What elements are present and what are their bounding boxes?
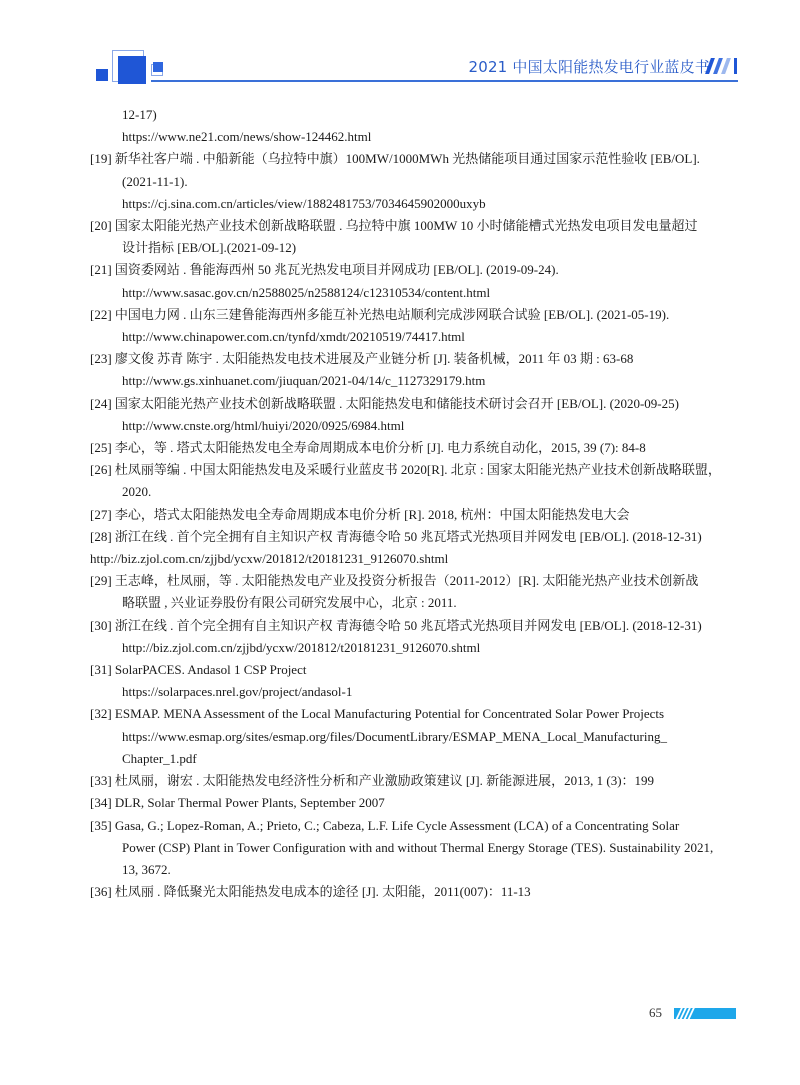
reference-item: [30] 浙江在线 . 首个完全拥有自主知识产权 青海德令哈 50 兆瓦塔式光热… [122, 615, 740, 659]
reference-text: 国家太阳能光热产业技术创新战略联盟 . 太阳能热发电和储能技术研讨会召开 [EB… [115, 396, 679, 411]
reference-number: [33] [90, 773, 112, 788]
reference-text: 国家太阳能光热产业技术创新战略联盟 . 乌拉特中旗 100MW 10 小时储能槽… [115, 218, 698, 233]
reference-text: 略联盟 , 兴业证券股份有限公司研究发展中心，北京 : 2011. [122, 592, 740, 614]
reference-item: [25] 李心，等 . 塔式太阳能热发电全寿命周期成本电价分析 [J]. 电力系… [122, 437, 740, 459]
page-header: 2021 中国太阳能热发电行业蓝皮书 [0, 0, 800, 100]
reference-text: 廖文俊 苏青 陈宇 . 太阳能热发电技术进展及产业链分析 [J]. 装备机械，2… [115, 351, 633, 366]
reference-number: [29] [90, 573, 112, 588]
reference-text: DLR, Solar Thermal Power Plants, Septemb… [115, 795, 385, 810]
stripes-icon [706, 58, 740, 76]
reference-item: [34] DLR, Solar Thermal Power Plants, Se… [122, 792, 740, 814]
reference-item: [21] 国资委网站 . 鲁能海西州 50 兆瓦光热发电项目并网成功 [EB/O… [122, 259, 740, 303]
reference-number: [28] [90, 529, 112, 544]
reference-item: [19] 新华社客户端 . 中船新能（乌拉特中旗）100MW/1000MWh 光… [122, 148, 740, 215]
reference-url: http://www.gs.xinhuanet.com/jiuquan/2021… [122, 370, 740, 392]
reference-item: [22] 中国电力网 . 山东三建鲁能海西州多能互补光热电站顺利完成涉网联合试验… [122, 304, 740, 348]
reference-text: 国资委网站 . 鲁能海西州 50 兆瓦光热发电项目并网成功 [EB/OL]. (… [115, 262, 559, 277]
reference-text: 李心，等 . 塔式太阳能热发电全寿命周期成本电价分析 [J]. 电力系统自动化，… [115, 440, 646, 455]
reference-item: [32] ESMAP. MENA Assessment of the Local… [122, 703, 740, 770]
reference-url: https://www.esmap.org/sites/esmap.org/fi… [122, 726, 740, 748]
logo-square-tiny [153, 62, 163, 72]
reference-url: https://cj.sina.com.cn/articles/view/188… [122, 193, 740, 215]
reference-item: [20] 国家太阳能光热产业技术创新战略联盟 . 乌拉特中旗 100MW 10 … [122, 215, 740, 259]
reference-url: http://www.sasac.gov.cn/n2588025/n258812… [122, 282, 740, 304]
reference-item: [24] 国家太阳能光热产业技术创新战略联盟 . 太阳能热发电和储能技术研讨会召… [122, 393, 740, 437]
reference-text: 王志峰，杜凤丽，等 . 太阳能热发电产业及投资分析报告（2011-2012）[R… [115, 573, 698, 588]
reference-text: 12-17) [122, 104, 740, 126]
reference-number: [31] [90, 662, 112, 677]
reference-text: Chapter_1.pdf [122, 748, 740, 770]
reference-text: (2021-11-1). [122, 171, 740, 193]
page-number: 65 [649, 1005, 662, 1021]
reference-text: 杜凤丽 . 降低聚光太阳能热发电成本的途径 [J]. 太阳能，2011(007)… [115, 884, 531, 899]
reference-number: [26] [90, 462, 112, 477]
footer-bar-icon [674, 1008, 736, 1019]
reference-item: [28] 浙江在线 . 首个完全拥有自主知识产权 青海德令哈 50 兆瓦塔式光热… [122, 526, 740, 570]
reference-number: [35] [90, 818, 112, 833]
reference-text: 杜凤丽等编 . 中国太阳能热发电及采暖行业蓝皮书 2020[R]. 北京 : 国… [115, 462, 721, 477]
reference-url: https://www.ne21.com/news/show-124462.ht… [122, 126, 740, 148]
reference-number: [36] [90, 884, 112, 899]
reference-item: [31] SolarPACES. Andasol 1 CSP Projectht… [122, 659, 740, 703]
reference-number: [24] [90, 396, 112, 411]
reference-text: SolarPACES. Andasol 1 CSP Project [115, 662, 307, 677]
reference-item: [29] 王志峰，杜凤丽，等 . 太阳能热发电产业及投资分析报告（2011-20… [122, 570, 740, 614]
reference-item: [35] Gasa, G.; Lopez-Roman, A.; Prieto, … [122, 815, 740, 882]
reference-number: [25] [90, 440, 112, 455]
header-rule [151, 80, 738, 82]
reference-number: [30] [90, 618, 112, 633]
reference-text: Power (CSP) Plant in Tower Configuration… [122, 837, 740, 859]
reference-url: http://www.cnste.org/html/huiyi/2020/092… [122, 415, 740, 437]
reference-text: 李心，塔式太阳能热发电全寿命周期成本电价分析 [R]. 2018, 杭州：中国太… [115, 507, 630, 522]
reference-text: 杜凤丽，谢宏 . 太阳能热发电经济性分析和产业激励政策建议 [J]. 新能源进展… [115, 773, 654, 788]
reference-number: [19] [90, 151, 112, 166]
reference-item: [23] 廖文俊 苏青 陈宇 . 太阳能热发电技术进展及产业链分析 [J]. 装… [122, 348, 740, 392]
reference-text: Gasa, G.; Lopez-Roman, A.; Prieto, C.; C… [115, 818, 679, 833]
reference-text: 浙江在线 . 首个完全拥有自主知识产权 青海德令哈 50 兆瓦塔式光热项目并网发… [115, 618, 702, 633]
reference-item: [27] 李心，塔式太阳能热发电全寿命周期成本电价分析 [R]. 2018, 杭… [122, 504, 740, 526]
reference-number: [34] [90, 795, 112, 810]
header-title: 2021 中国太阳能热发电行业蓝皮书 [468, 56, 710, 77]
reference-text: 设计指标 [EB/OL].(2021-09-12) [122, 237, 740, 259]
reference-item: [26] 杜凤丽等编 . 中国太阳能热发电及采暖行业蓝皮书 2020[R]. 北… [122, 459, 740, 503]
reference-url: http://biz.zjol.com.cn/zjjbd/ycxw/201812… [122, 637, 740, 659]
reference-number: [27] [90, 507, 112, 522]
reference-url: https://solarpaces.nrel.gov/project/anda… [122, 681, 740, 703]
reference-url: http://biz.zjol.com.cn/zjjbd/ycxw/201812… [90, 548, 740, 570]
reference-url: http://www.chinapower.com.cn/tynfd/xmdt/… [122, 326, 740, 348]
reference-number: [32] [90, 706, 112, 721]
reference-text: 13, 3672. [122, 859, 740, 881]
reference-number: [22] [90, 307, 112, 322]
reference-text: 新华社客户端 . 中船新能（乌拉特中旗）100MW/1000MWh 光热储能项目… [115, 151, 700, 166]
reference-text: ESMAP. MENA Assessment of the Local Manu… [115, 706, 664, 721]
reference-item: [33] 杜凤丽，谢宏 . 太阳能热发电经济性分析和产业激励政策建议 [J]. … [122, 770, 740, 792]
reference-number: [20] [90, 218, 112, 233]
reference-text: 浙江在线 . 首个完全拥有自主知识产权 青海德令哈 50 兆瓦塔式光热项目并网发… [115, 529, 702, 544]
logo-square-small [96, 69, 108, 81]
logo-square-large [118, 56, 146, 84]
reference-number: [21] [90, 262, 112, 277]
reference-number: [23] [90, 351, 112, 366]
reference-text: 2020. [122, 481, 740, 503]
reference-list: 12-17)https://www.ne21.com/news/show-124… [122, 104, 740, 903]
reference-item: [36] 杜凤丽 . 降低聚光太阳能热发电成本的途径 [J]. 太阳能，2011… [122, 881, 740, 903]
reference-text: 中国电力网 . 山东三建鲁能海西州多能互补光热电站顺利完成涉网联合试验 [EB/… [115, 307, 669, 322]
reference-item: 12-17)https://www.ne21.com/news/show-124… [122, 104, 740, 148]
